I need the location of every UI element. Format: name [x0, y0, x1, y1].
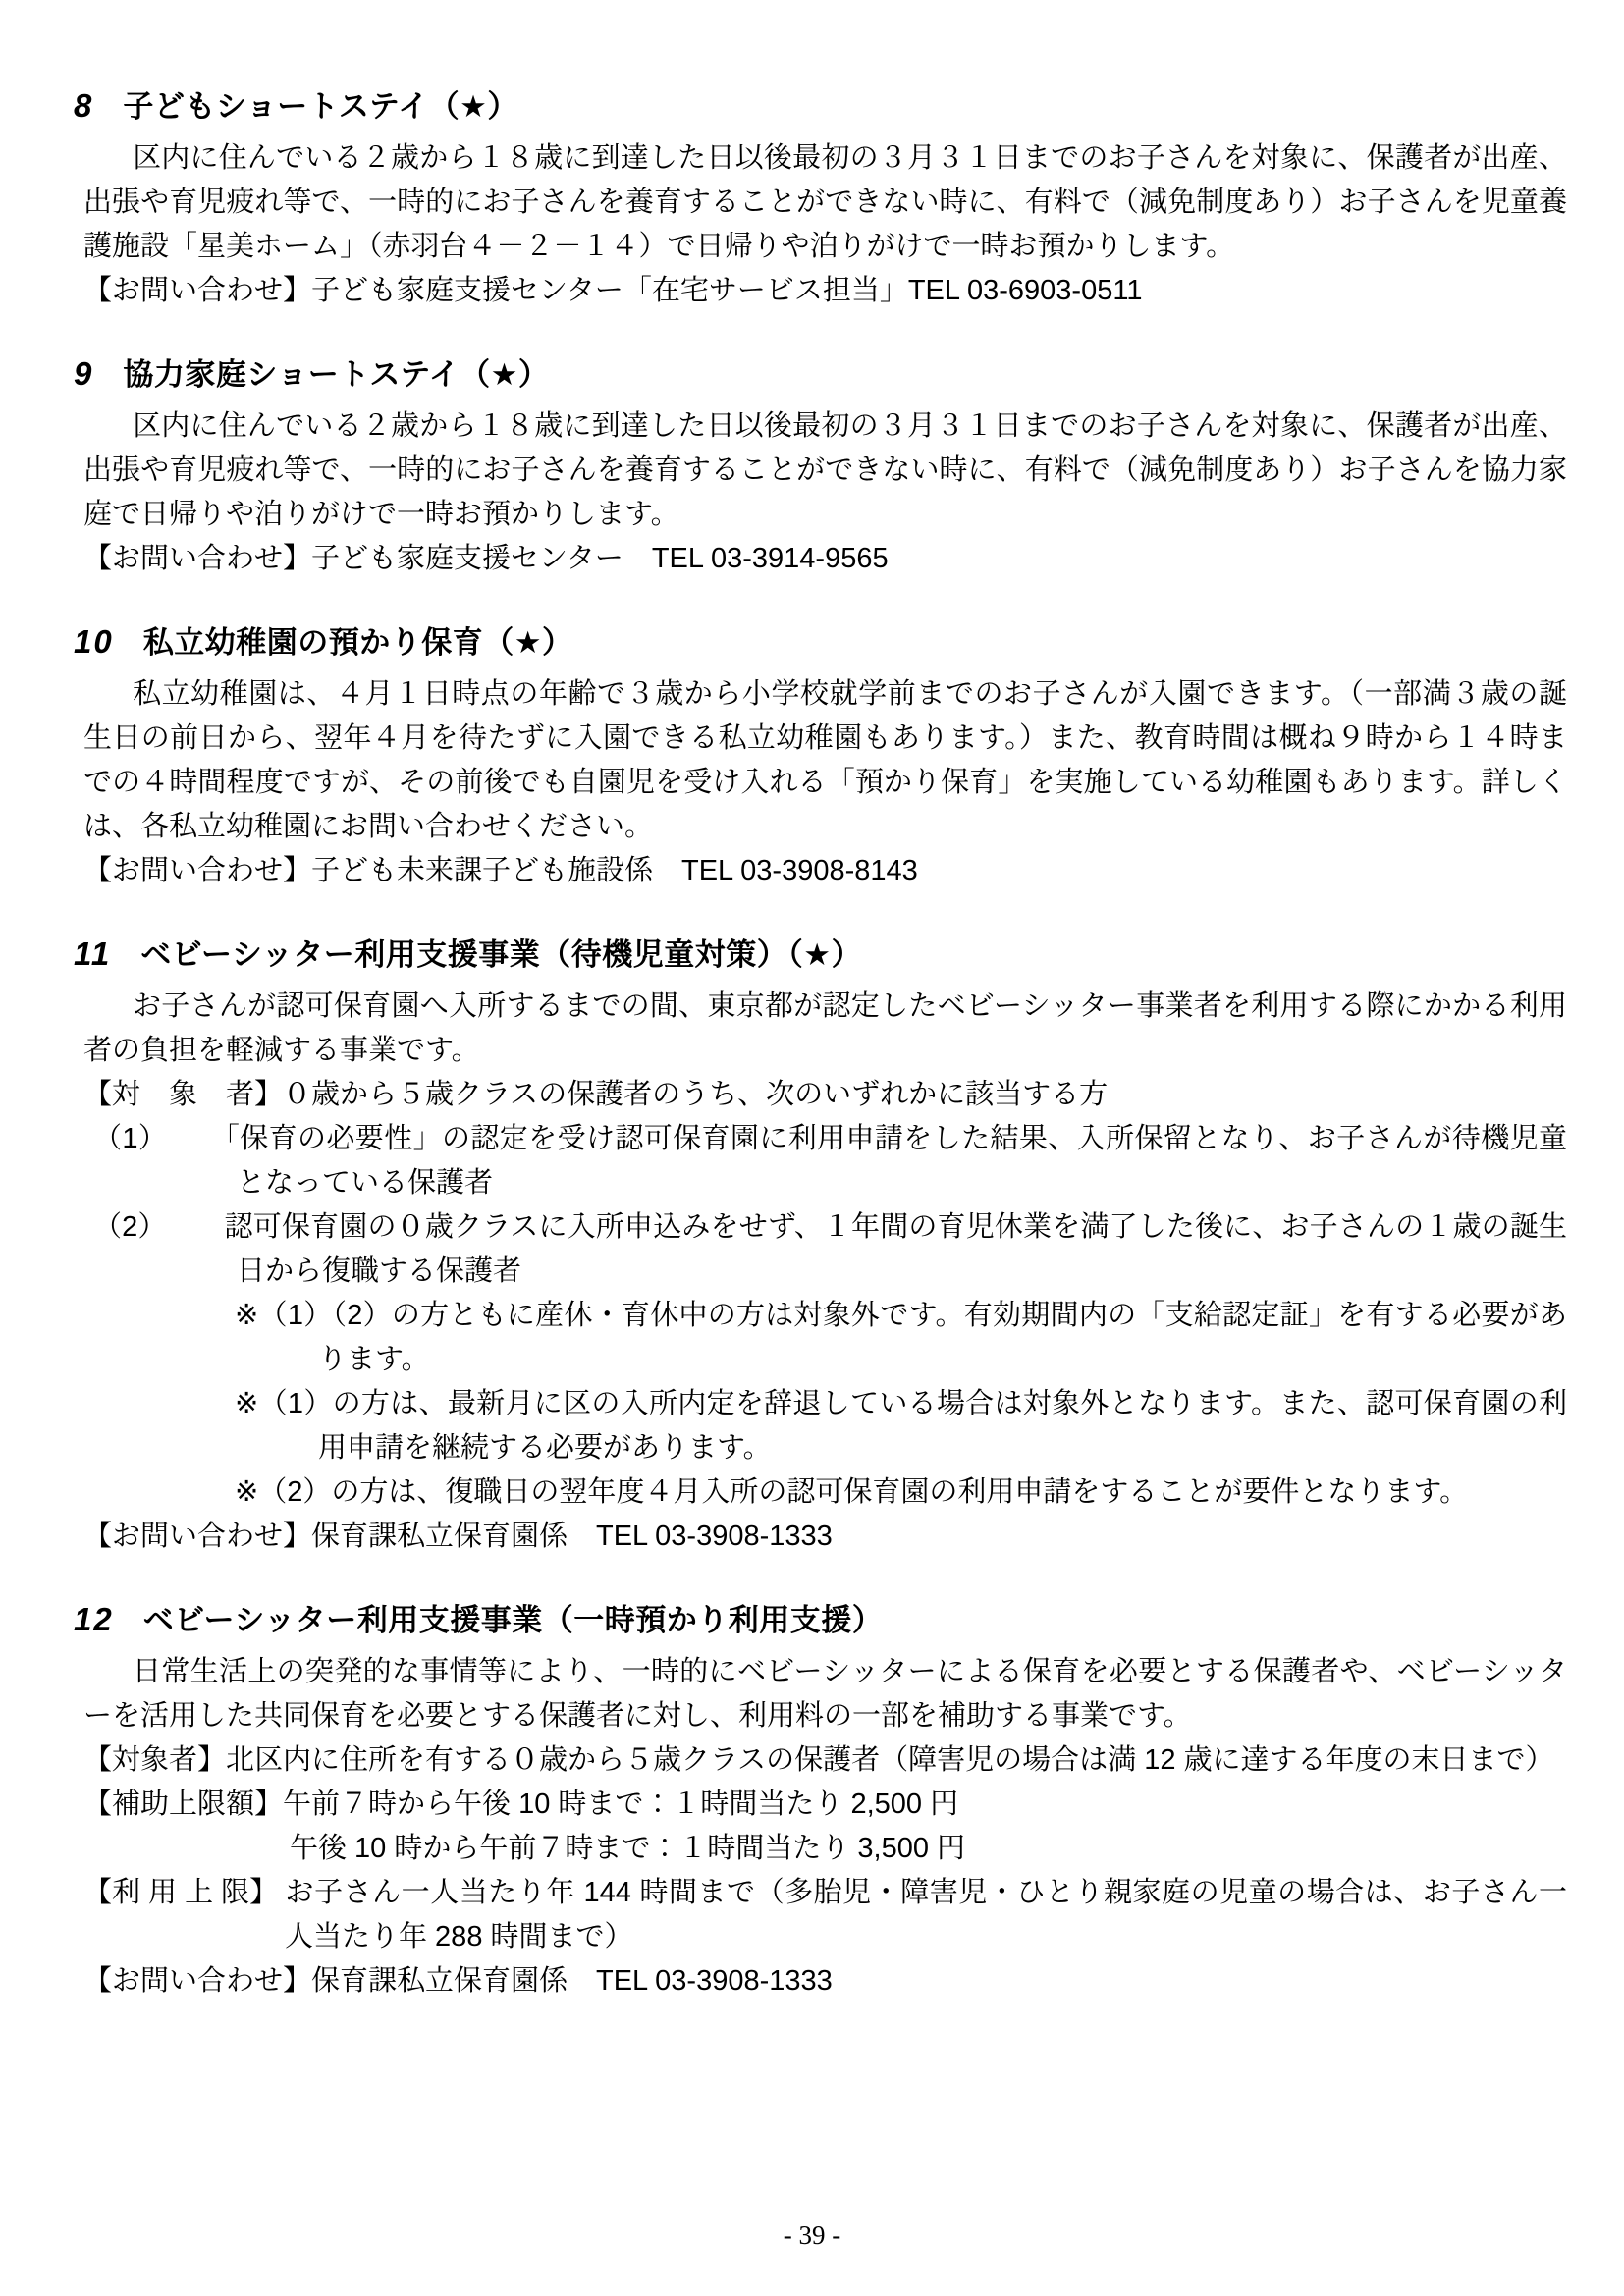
section-12-title: ベビーシッター利用支援事業（一時預かり利用支援）	[143, 1601, 884, 1640]
section-11-number: 11	[74, 934, 111, 974]
section-11-item-2: （2）認可保育園の０歳クラスに入所申込みをせず、１年間の育児休業を満了した後に、…	[83, 1205, 1567, 1294]
section-11-body: お子さんが認可保育園へ入所するまでの間、東京都が認定したベビーシッター事業者を利…	[83, 985, 1567, 1073]
section-10-number: 10	[74, 622, 114, 662]
section-11-target-row: 【対 象 者】０歳から５歳クラスの保護者のうち、次のいずれかに該当する方	[83, 1073, 1567, 1117]
section-11-item-2-text: 認可保育園の０歳クラスに入所申込みをせず、１年間の育児休業を満了した後に、お子さ…	[225, 1211, 1567, 1287]
section-8-title: 子どもショートステイ（★）	[123, 87, 518, 127]
section-9-body: 区内に住んでいる２歳から１８歳に到達した日以後最初の３月３１日までのお子さんを対…	[83, 404, 1567, 537]
section-11-heading: 11 ベビーシッター利用支援事業（待機児童対策）（★）	[74, 934, 1567, 975]
section-8: 8 子どもショートステイ（★） 区内に住んでいる２歳から１８歳に到達した日以後最…	[74, 86, 1567, 313]
section-9-title: 協力家庭ショートステイ（★）	[123, 355, 549, 395]
section-11-contact: 【お問い合わせ】保育課私立保育園係 TEL 03-3908-1333	[83, 1515, 1567, 1559]
section-12-row-limit: 【利 用 上 限】お子さん一人当たり年 144 時間まで（多胎児・障害児・ひとり…	[83, 1871, 1567, 1959]
section-12-row-target: 【対象者】北区内に住所を有する０歳から５歳クラスの保護者（障害児の場合は満 12…	[83, 1738, 1567, 1783]
section-10-heading: 10 私立幼稚園の預かり保育（★）	[74, 622, 1567, 663]
section-10-body: 私立幼稚園は、４月１日時点の年齢で３歳から小学校就学前までのお子さんが入園できま…	[83, 672, 1567, 849]
section-11-title: ベビーシッター利用支援事業（待機児童対策）（★）	[140, 935, 862, 975]
section-11-item-1-label: （1）	[93, 1123, 167, 1154]
section-12-contact: 【お問い合わせ】保育課私立保育園係 TEL 03-3908-1333	[83, 1959, 1567, 2003]
page-number: - 39 -	[0, 2220, 1624, 2251]
section-9-number: 9	[74, 354, 93, 394]
section-12-row-limit-label: 【利 用 上 限】	[83, 1871, 285, 1915]
section-9-contact: 【お問い合わせ】子ども家庭支援センター TEL 03-3914-9565	[83, 537, 1567, 581]
section-12-row-limit-text: お子さん一人当たり年 144 時間まで（多胎児・障害児・ひとり親家庭の児童の場合…	[285, 1877, 1567, 1952]
section-10-contact: 【お問い合わせ】子ども未来課子ども施設係 TEL 03-3908-8143	[83, 849, 1567, 893]
section-11-item-1-text: 「保育の必要性」の認定を受け認可保育園に利用申請をした結果、入所保留となり、お子…	[225, 1123, 1567, 1199]
section-12-row-target-label: 【対象者】	[83, 1744, 226, 1776]
section-12-number: 12	[74, 1600, 114, 1639]
section-8-body: 区内に住んでいる２歳から１８歳に到達した日以後最初の３月３１日までのお子さんを対…	[83, 136, 1567, 269]
section-11-item-2-label: （2）	[93, 1211, 167, 1243]
section-8-number: 8	[74, 86, 93, 126]
page-content: 8 子どもショートステイ（★） 区内に住んでいる２歳から１８歳に到達した日以後最…	[0, 0, 1624, 2003]
section-12-row-subsidy-label: 【補助上限額】	[83, 1789, 283, 1820]
section-11-note-2: ※（1）の方は、最新月に区の入所内定を辞退している場合は対象外となります。また、…	[83, 1382, 1567, 1470]
section-11: 11 ベビーシッター利用支援事業（待機児童対策）（★） お子さんが認可保育園へ入…	[74, 934, 1567, 1559]
section-11-target-label: 【対 象 者】	[83, 1079, 283, 1110]
section-12: 12 ベビーシッター利用支援事業（一時預かり利用支援） 日常生活上の突発的な事情…	[74, 1600, 1567, 2003]
section-11-note-3: ※（2）の方は、復職日の翌年度４月入所の認可保育園の利用申請をすることが要件とな…	[83, 1470, 1567, 1515]
section-11-item-1: （1）「保育の必要性」の認定を受け認可保育園に利用申請をした結果、入所保留となり…	[83, 1117, 1567, 1205]
section-10-title: 私立幼稚園の預かり保育（★）	[143, 623, 573, 663]
section-12-row-subsidy: 【補助上限額】午前７時から午後 10 時まで：１時間当たり 2,500 円	[83, 1783, 1567, 1827]
section-8-contact: 【お問い合わせ】子ども家庭支援センター「在宅サービス担当」TEL 03-6903…	[83, 269, 1567, 313]
section-9: 9 協力家庭ショートステイ（★） 区内に住んでいる２歳から１８歳に到達した日以後…	[74, 354, 1567, 581]
section-11-note-1: ※（1）（2）の方ともに産休・育休中の方は対象外です。有効期間内の「支給認定証」…	[83, 1294, 1567, 1382]
document-page: 8 子どもショートステイ（★） 区内に住んでいる２歳から１８歳に到達した日以後最…	[0, 0, 1624, 2296]
section-12-heading: 12 ベビーシッター利用支援事業（一時預かり利用支援）	[74, 1600, 1567, 1640]
section-11-target-text: ０歳から５歳クラスの保護者のうち、次のいずれかに該当する方	[283, 1079, 1108, 1110]
section-12-body: 日常生活上の突発的な事情等により、一時的にベビーシッターによる保育を必要とする保…	[83, 1650, 1567, 1738]
section-9-heading: 9 協力家庭ショートステイ（★）	[74, 354, 1567, 395]
section-12-row-target-text: 北区内に住所を有する０歳から５歳クラスの保護者（障害児の場合は満 12 歳に達す…	[226, 1744, 1554, 1776]
section-12-row-subsidy-text: 午前７時から午後 10 時まで：１時間当たり 2,500 円	[283, 1789, 958, 1820]
section-10: 10 私立幼稚園の預かり保育（★） 私立幼稚園は、４月１日時点の年齢で３歳から小…	[74, 622, 1567, 893]
section-8-heading: 8 子どもショートステイ（★）	[74, 86, 1567, 127]
section-12-row-subsidy-night: 午後 10 時から午前７時まで：１時間当たり 3,500 円	[83, 1827, 1567, 1871]
